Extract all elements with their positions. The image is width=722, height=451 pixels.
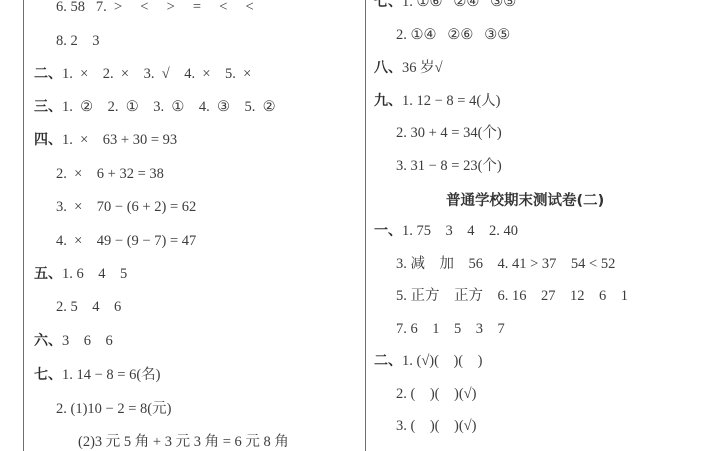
answer-line-section-2: 二、1. × 2. × 3. √ 4. × 5. × [34, 65, 251, 83]
answer-line: 2. × 6 + 32 = 38 [56, 165, 164, 183]
answer-line-section-3: 三、1. ② 2. ① 3. ① 4. ③ 5. ② [34, 98, 276, 116]
answer-line: 7. 6 1 5 3 7 [396, 320, 505, 338]
answer-line-section-4: 四、1. × 63 + 30 = 93 [34, 131, 177, 149]
answer-line: 4. × 49 − (9 − 7) = 47 [56, 232, 196, 250]
answer-key-page: 6. 58 7. > < > = < < 8. 2 3 二、1. × 2. × … [0, 0, 722, 451]
answer-line-section-7: 七、1. 14 − 8 = 6(名) [34, 366, 161, 384]
left-border-line [23, 0, 24, 451]
answer-line: 2. ( )( )(√) [396, 385, 476, 403]
section-title: 普通学校期末测试卷(二) [446, 189, 604, 210]
answer-line: 5. 正方 正方 6. 16 27 12 6 1 [396, 287, 628, 305]
answer-line: 3. 减 加 56 4. 41 > 37 54 < 52 [396, 255, 615, 273]
answer-line: 2. 5 4 6 [56, 298, 121, 316]
answer-line: 6. 58 7. > < > = < < [56, 0, 254, 16]
answer-line-section-6: 六、3 6 6 [34, 332, 113, 350]
answer-line: (2)3 元 5 角 + 3 元 3 角 = 6 元 8 角 [78, 433, 289, 451]
answer-line: 2. ①④ ②⑥ ③⑤ [396, 26, 510, 44]
answer-line-section-1: 一、1. 75 3 4 2. 40 [374, 222, 518, 240]
answer-line: 8. 2 3 [56, 32, 100, 50]
answer-line: 3. × 70 − (6 + 2) = 62 [56, 198, 196, 216]
answer-line-section-9: 九、1. 12 − 8 = 4(人) [374, 92, 501, 110]
answer-line-section-8: 八、36 岁√ [374, 59, 443, 77]
column-divider-line [365, 0, 366, 451]
answer-line-section-2: 二、1. (√)( )( ) [374, 352, 482, 370]
answer-line-section-7-cut: 七、1. ①⑥ ②④ ③⑤ [374, 0, 516, 11]
answer-line: 3. ( )( )(√) [396, 417, 476, 435]
answer-line-section-5: 五、1. 6 4 5 [34, 265, 127, 283]
answer-line: 2. 30 + 4 = 34(个) [396, 124, 502, 142]
answer-line: 3. 31 − 8 = 23(个) [396, 157, 502, 175]
answer-line: 2. (1)10 − 2 = 8(元) [56, 400, 171, 418]
